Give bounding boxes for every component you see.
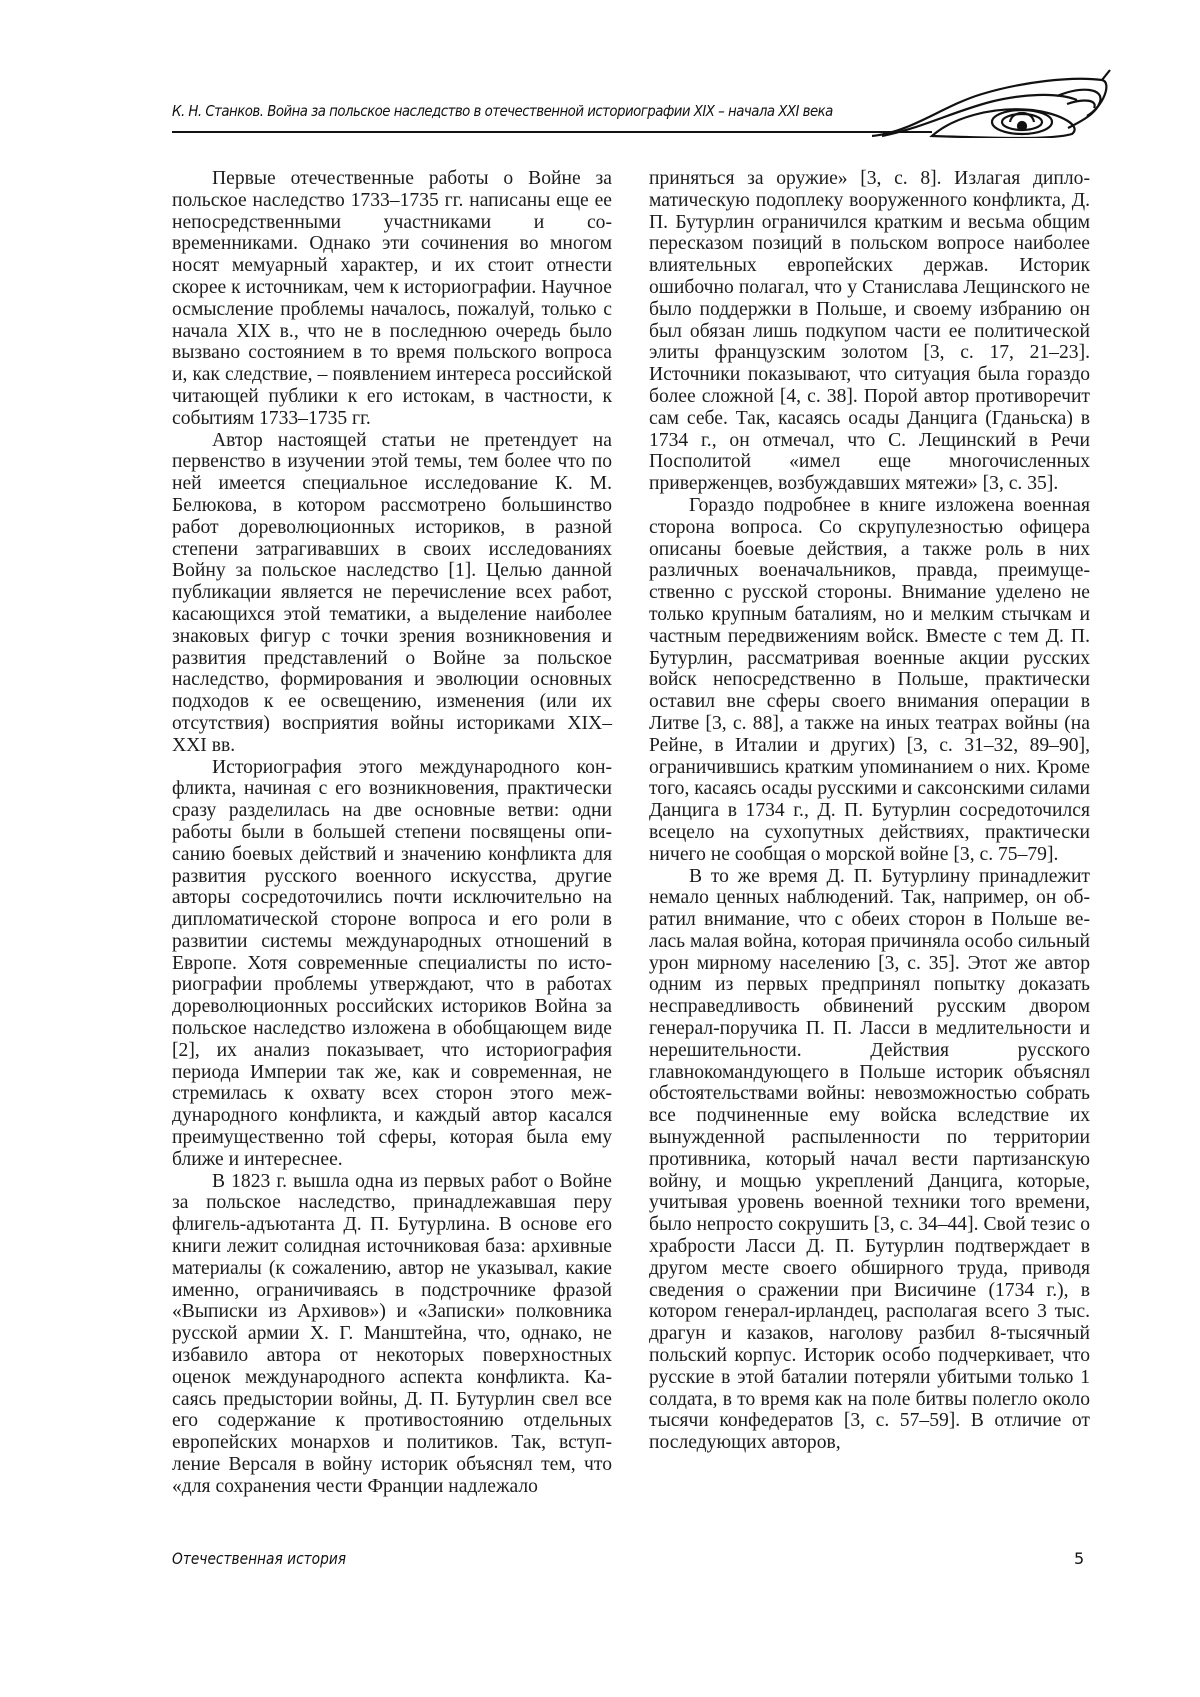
right-column: приняться за оружие» [3, с. 8]. Излагая … bbox=[649, 168, 1090, 1454]
paragraph: Гораздо подробнее в книге изложена военн… bbox=[649, 495, 1090, 866]
paragraph: В 1823 г. вышла одна из первых работ о В… bbox=[172, 1171, 612, 1498]
header-rule bbox=[172, 131, 932, 133]
left-column: Первые отечественные работы о Войне за п… bbox=[172, 168, 612, 1498]
paragraph: приняться за оружие» [3, с. 8]. Излагая … bbox=[649, 168, 1090, 495]
running-title: К. Н. Станков. Война за польское наследс… bbox=[172, 102, 833, 120]
paragraph: Автор настоящей статьи не претендует на … bbox=[172, 430, 612, 757]
page-number: 5 bbox=[1074, 1549, 1084, 1568]
journal-name: Отечественная история bbox=[172, 1549, 346, 1568]
paragraph: Первые отечественные работы о Войне за п… bbox=[172, 168, 612, 430]
running-head: К. Н. Станков. Война за польское наследс… bbox=[172, 96, 1112, 136]
paragraph: В то же время Д. П. Бутурлину принадлежи… bbox=[649, 866, 1090, 1455]
art-nouveau-flourish-icon bbox=[872, 66, 1112, 138]
paragraph: Историография этого международного кон­ф… bbox=[172, 757, 612, 1171]
